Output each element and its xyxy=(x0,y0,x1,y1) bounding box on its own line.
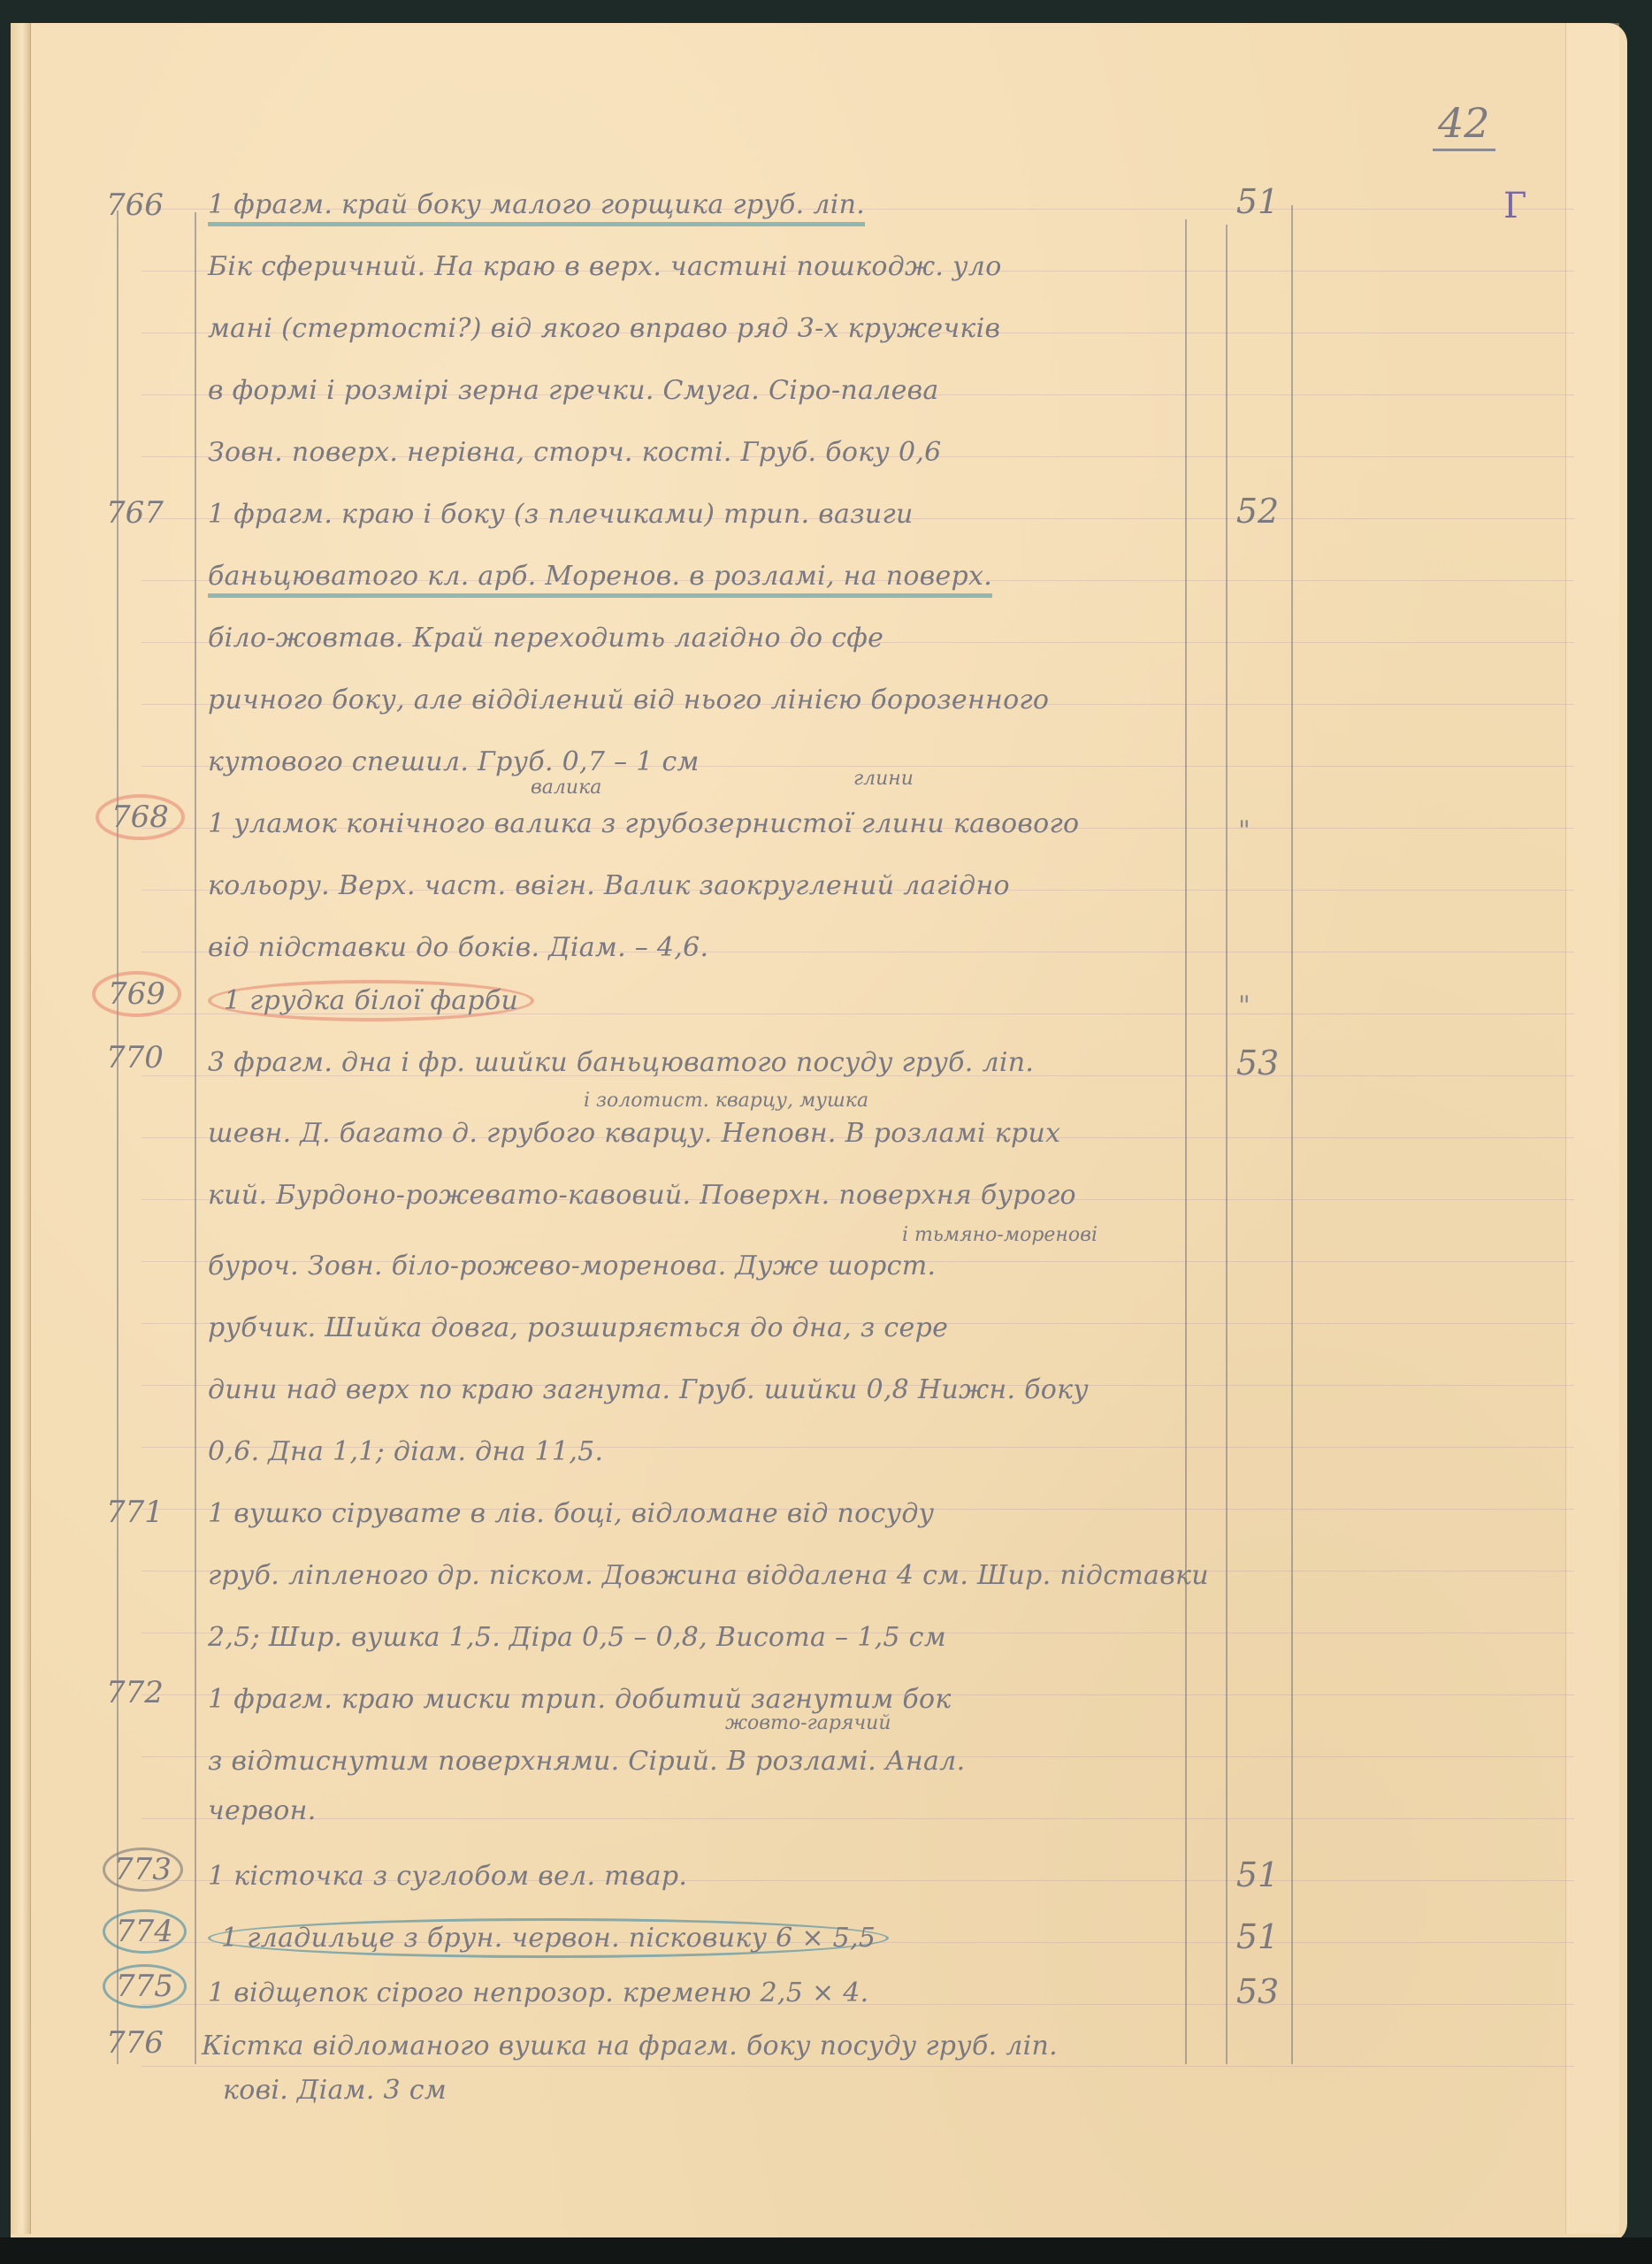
entry-number: 770 xyxy=(106,1040,195,1075)
entry-line: 1 фрагм. краю і боку (з плечиками) трип.… xyxy=(208,499,1234,530)
entry-line: Бік сферичний. На краю в верх. частині п… xyxy=(208,251,1234,282)
ruled-line xyxy=(141,2066,1574,2067)
entry-ref: 52 xyxy=(1231,492,1284,531)
entry-line: 2,5; Шир. вушка 1,5. Діра 0,5 – 0,8, Вис… xyxy=(208,1622,1234,1653)
entry-number: 775 xyxy=(103,1969,191,2004)
insertion-note: і тьмяно-моренові xyxy=(902,1224,1098,1246)
entry-line: Кістка відломаного вушка на фрагм. боку … xyxy=(202,2031,1228,2061)
entry-number: 772 xyxy=(106,1675,195,1710)
entry-number: 768 xyxy=(96,799,184,835)
insertion-note: валика xyxy=(531,776,601,799)
entry-line: кий. Бурдоно-рожевато-кавовий. Поверхн. … xyxy=(208,1180,1234,1211)
margin-column-line xyxy=(117,210,119,2064)
entry-line: мані (стертості?) від якого вправо ряд 3… xyxy=(208,313,1234,344)
entry-line: кові. Діам. 3 см xyxy=(223,2075,1249,2106)
entry-line: 1 фрагм. краю миски трип. добитий загнут… xyxy=(208,1684,1234,1715)
ref-column-right-line xyxy=(1291,205,1293,2064)
entry-line: від підставки до боків. Діам. – 4,6. xyxy=(208,932,1234,963)
entry-line: в формі і розмірі зерна гречки. Смуга. С… xyxy=(208,375,1234,406)
entry-line: груб. ліпленого др. піском. Довжина відд… xyxy=(208,1560,1234,1591)
page-binding-edge xyxy=(11,23,31,2234)
ditto-mark: " xyxy=(1238,815,1250,846)
entry-line: ричного боку, але відділений від нього л… xyxy=(208,685,1234,715)
entry-line: буроч. Зовн. біло-рожево-моренова. Дуже … xyxy=(208,1251,1234,1281)
entry-ref: 51 xyxy=(1231,182,1284,221)
entry-line: дини над верх по краю загнута. Груб. ший… xyxy=(208,1374,1234,1405)
corner-mark: Г xyxy=(1503,186,1526,226)
insertion-note: і золотист. кварцу, мушка xyxy=(584,1090,868,1112)
entry-number: 776 xyxy=(106,2025,195,2061)
entry-number: 766 xyxy=(106,187,195,223)
entry-line: біло-жовтав. Край переходить лагідно до … xyxy=(208,623,1234,654)
entry-line: 1 фрагм. край боку малого горщика груб. … xyxy=(208,189,1234,220)
page-number: 42 xyxy=(1433,99,1495,151)
insertion-note: глини xyxy=(853,768,914,790)
entry-ref: 53 xyxy=(1231,1044,1284,1082)
entry-number: 771 xyxy=(106,1495,195,1530)
page-fold-margin xyxy=(1565,23,1619,2234)
entry-line: рубчик. Шийка довга, розширяється до дна… xyxy=(208,1312,1234,1343)
entry-number: 773 xyxy=(103,1852,191,1887)
entry-line: 3 фрагм. дна і фр. шийки баньцюватого по… xyxy=(208,1047,1234,1078)
entry-ref: 51 xyxy=(1231,1917,1284,1956)
scan-background-edge xyxy=(0,2237,1652,2264)
entry-line: шевн. Д. багато д. грубого кварцу. Непов… xyxy=(208,1118,1234,1149)
entry-line: кутового спешил. Груб. 0,7 – 1 см xyxy=(208,746,1234,777)
entry-number: 767 xyxy=(106,495,195,531)
ditto-mark: " xyxy=(1238,990,1250,1021)
entry-line: 0,6. Дна 1,1; діам. дна 11,5. xyxy=(208,1436,1234,1467)
entry-line: з відтиснутим поверхнями. Сірий. В розла… xyxy=(208,1746,1234,1777)
entry-line: 1 відщепок сірого непрозор. кременю 2,5 … xyxy=(208,1977,1234,2008)
entry-line: 1 уламок конічного валика з грубозернист… xyxy=(208,808,1234,839)
number-column-line xyxy=(195,212,196,2064)
insertion-note: жовто-гарячий xyxy=(725,1712,891,1734)
entry-number: 774 xyxy=(103,1914,191,1949)
entry-line: 1 вушко сірувате в лів. боці, відломане … xyxy=(208,1498,1234,1529)
entry-line: баньцюватого кл. арб. Моренов. в розламі… xyxy=(208,561,1234,592)
entry-ref: 51 xyxy=(1231,1855,1284,1894)
entry-line: червон. xyxy=(208,1795,1234,1826)
entry-ref: 53 xyxy=(1231,1972,1284,2011)
entry-number: 769 xyxy=(92,976,180,1012)
entry-line: Зовн. поверх. нерівна, сторч. кості. Гру… xyxy=(208,437,1234,468)
entry-line: 1 кісточка з суглобом вел. твар. xyxy=(208,1861,1234,1892)
entry-line: 1 грудка білої фарби xyxy=(208,985,1234,1016)
entry-line: 1 гладильце з брун. червон. пісковику 6 … xyxy=(208,1923,1234,1954)
entry-line: кольору. Верх. част. ввігн. Валик заокру… xyxy=(208,870,1234,901)
